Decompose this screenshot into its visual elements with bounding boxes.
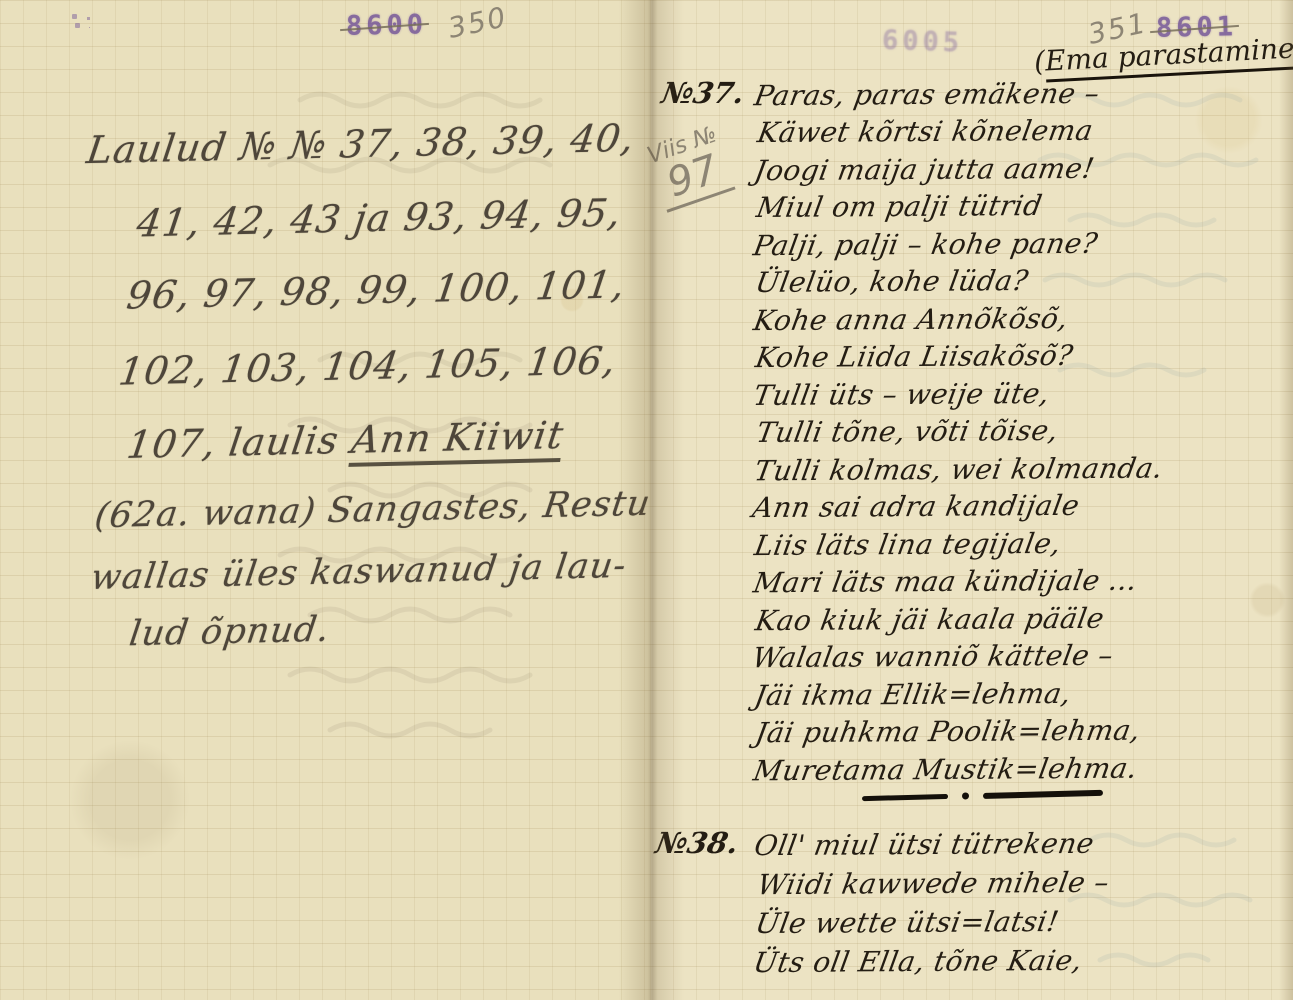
right-page: 6005 351 8601 (Ema parastamine) Viis № 9… [650,0,1293,1000]
song37-line: Ann sai adra kandijale [750,489,1082,524]
melody-margin-note: Viis № 97 [644,122,735,213]
left-page: 8600 350 Laulud № № 37, 38, 39, 40, 41, … [0,0,650,1000]
singer-line-prefix: 107, laulis [124,418,355,467]
song38-line: Wiidi kawwede mihele – [755,866,1112,901]
closing-line: lud õpnud. [127,610,332,655]
song37-line: Joogi maija jutta aame! [752,152,1097,187]
song37-line: Jäi ikma Ellik=lehma, [752,677,1074,712]
song37-line: Miul om palji tütrid [754,189,1045,224]
song37-line: Palji, palji – kohe pane? [751,227,1100,262]
list-line: 41, 42, 43 ja 93, 94, 95, [134,191,624,246]
song37-line: Mari läts maa kündijale ... [751,564,1140,600]
singer-line: 107, laulis Ann Kiiwit [124,413,566,467]
list-line: Laulud № № 37, 38, 39, 40, [84,116,637,172]
archive-stamp-struck: 8600 [346,9,428,41]
page-number-left: 350 [445,0,510,45]
separator-bar [862,794,948,801]
song37-line: Tulli tõne, võti tõise, [754,414,1061,449]
song37-line: Jäi puhkma Poolik=lehma, [753,714,1143,750]
list-line: 96, 97, 98, 99, 100, 101, [124,262,628,317]
song37-line: Paras, paras emäkene – [752,77,1102,112]
singer-name: Ann Kiiwit [348,413,566,467]
list-line: 102, 103, 104, 105, 106, [116,338,619,393]
separator-dot [962,792,969,799]
separator-bar [983,789,1103,798]
song37-line: Walalas wanniõ kättele – [750,639,1116,675]
song38-line: Üle wette ütsi=latsi! [753,905,1061,940]
song37-line: Kao kiuk jäi kaala pääle [753,602,1107,637]
song-title: (Ema parastamine) [1033,31,1293,78]
song37-line: Käwet kõrtsi kõnelema [755,114,1096,149]
manuscript-scan: 8600 350 Laulud № № 37, 38, 39, 40, 41, … [0,0,1293,1000]
song37-line: Ülelüo, kohe lüda? [753,264,1031,299]
song37-number: №37. [659,76,747,110]
title-text: Ema parastamine [1044,31,1293,82]
closing-line: wallas üles kaswanud ja lau- [88,546,629,598]
song37-line: Muretama Mustik=lehma. [751,752,1140,788]
closing-line: (62a. wana) Sangastes, Restu [92,484,653,537]
song37-line: Tulli kolmas, wei kolmanda. [752,452,1166,488]
song37-line: Kohe anna Annõkõsõ, [751,302,1071,337]
song37-line: Kohe Liida Liisakõsõ? [753,339,1076,374]
archive-stamp-faint: 6005 [881,25,963,59]
stamp-remnant-smudge [72,14,77,19]
song37-line: Tulli üts – weije üte, [751,377,1052,412]
song37-line: Liis läts lina tegijale, [752,527,1064,562]
section-separator [862,789,1103,802]
song38-number: №38. [653,826,741,860]
song38-line: Oll' miul ütsi tütrekene [752,827,1097,862]
song38-line: Üts oll Ella, tõne Kaie, [751,944,1085,979]
